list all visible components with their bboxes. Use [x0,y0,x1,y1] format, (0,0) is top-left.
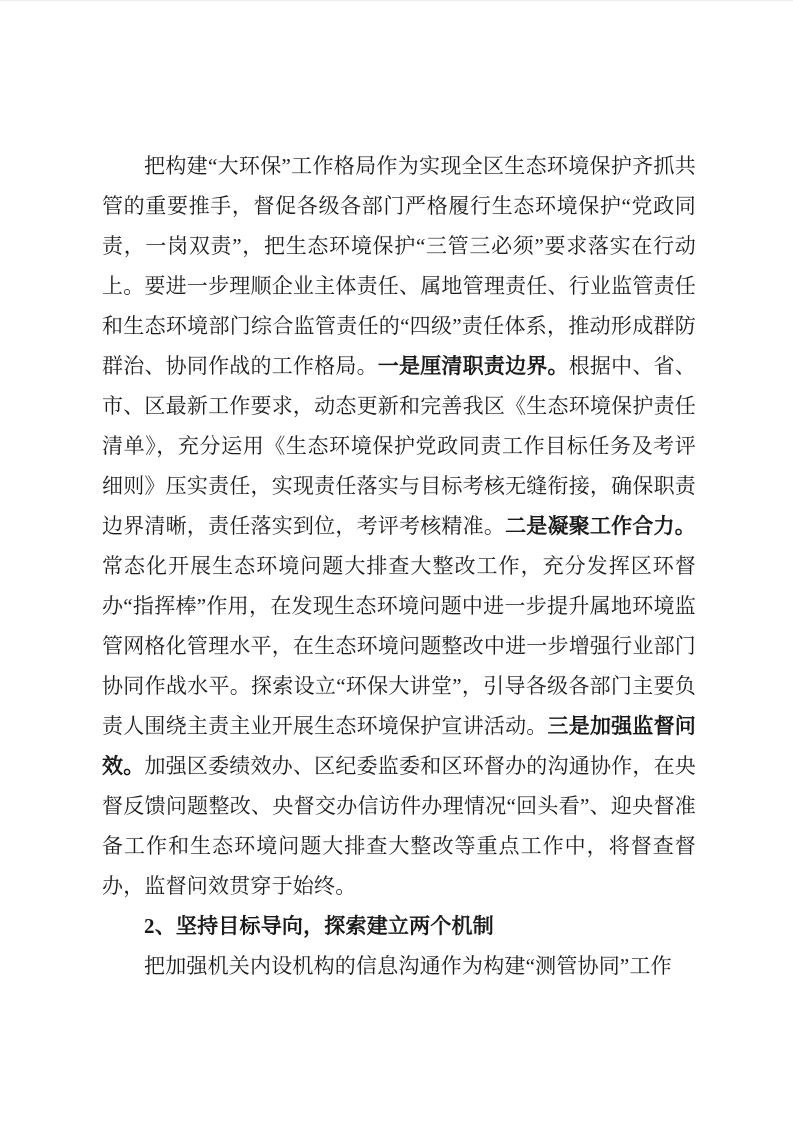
text-run: 常态化开展生态环境问题大排查大整改工作，充分发挥区环督办“指挥棒”作用，在发现生… [102,554,696,738]
text-run: 把构建“大环保”工作格局作为实现全区生态环境保护齐抓共管的重要推手，督促各级各部… [102,154,696,378]
bold-text-run: 2、坚持目标导向，探索建立两个机制 [144,914,494,938]
bold-text-run: 一是厘清职责边界。 [378,354,569,378]
document-body: 把构建“大环保”工作格局作为实现全区生态环境保护齐抓共管的重要推手，督促各级各部… [102,146,696,986]
text-run: 加强区委绩效办、区纪委监委和区环督办的沟通协作，在央督反馈问题整改、央督交办信访… [102,754,696,898]
document-page: 把构建“大环保”工作格局作为实现全区生态环境保护齐抓共管的重要推手，督促各级各部… [0,0,793,1122]
section-heading: 2、坚持目标导向，探索建立两个机制 [102,906,696,946]
body-paragraph: 把构建“大环保”工作格局作为实现全区生态环境保护齐抓共管的重要推手，督促各级各部… [102,146,696,906]
body-paragraph: 把加强机关内设机构的信息沟通作为构建“测管协同”工作 [102,946,696,986]
text-run: 把加强机关内设机构的信息沟通作为构建“测管协同”工作 [144,954,672,978]
bold-text-run: 二是凝聚工作合力。 [505,514,696,538]
text-run: 根据中、省、市、区最新工作要求，动态更新和完善我区《生态环境保护责任清单》，充分… [102,354,696,538]
